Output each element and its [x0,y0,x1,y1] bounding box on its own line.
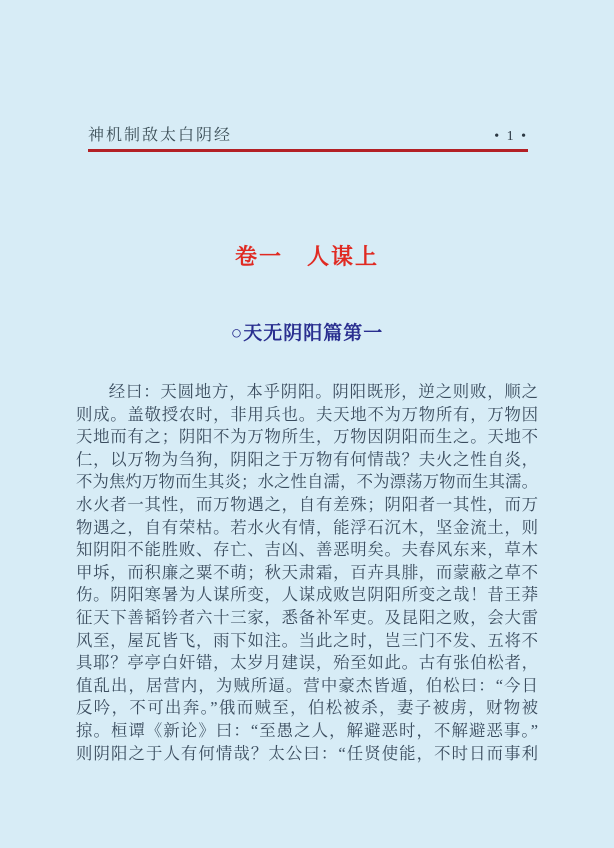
chapter-title: 卷一 人谋上 [0,240,614,271]
document-page: 神机制敌太白阴经 • 1 • 卷一 人谋上 ○天无阴阳篇第一 经曰：天圆地方，本… [0,0,614,848]
section-title: ○天无阴阳篇第一 [0,318,614,345]
page-number: • 1 • [494,129,528,145]
page-header: 神机制敌太白阴经 • 1 • [88,122,528,152]
running-title: 神机制敌太白阴经 [88,122,232,145]
body-paragraph: 经曰：天圆地方，本乎阴阳。阴阳既形，逆之则败，顺之 则成。盖敬授农时，非用兵也。… [76,381,538,765]
